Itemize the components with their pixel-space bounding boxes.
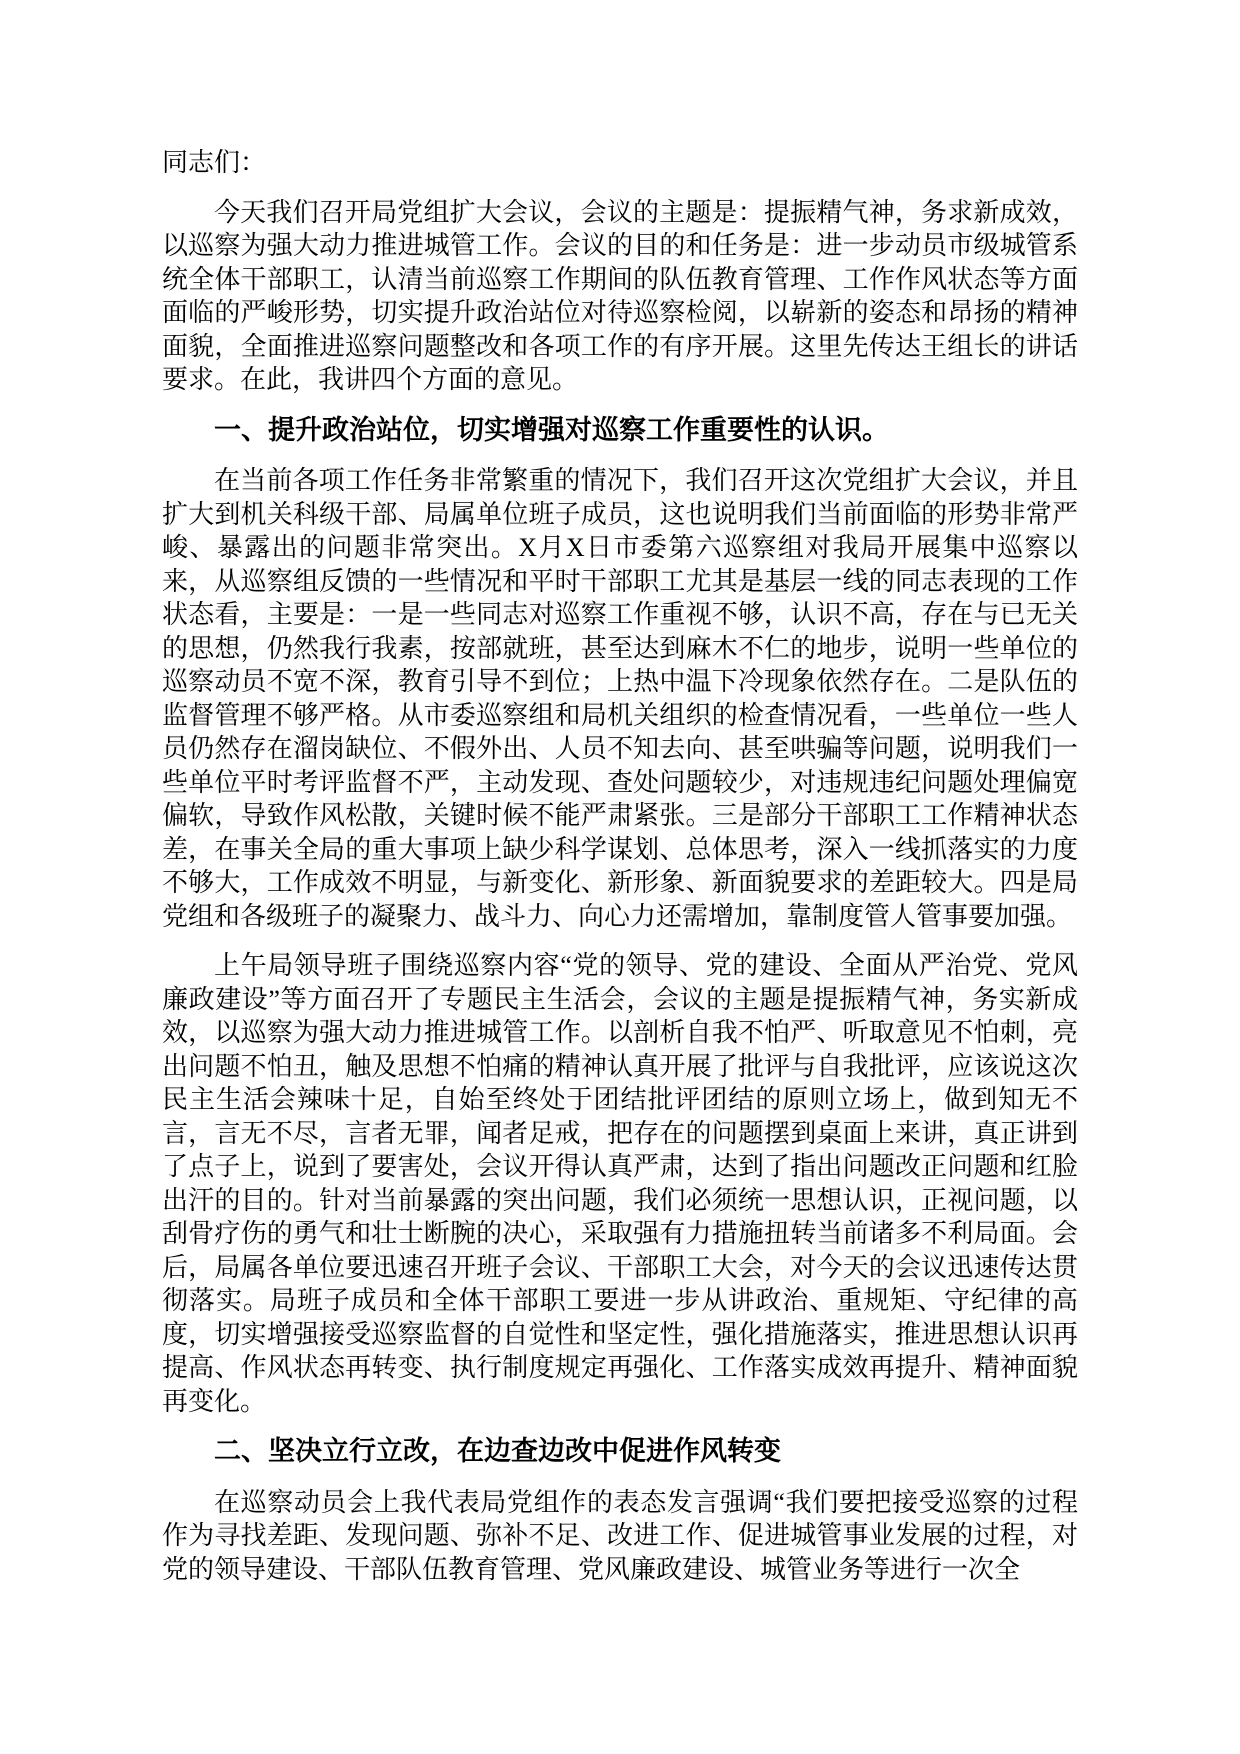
section-heading-2: 二、坚决立行立改，在边查边改中促进作风转变 — [162, 1435, 1078, 1469]
section2-paragraph-1: 在巡察动员会上我代表局党组作的表态发言强调“我们要把接受巡察的过程作为寻找差距、… — [162, 1486, 1078, 1587]
intro-paragraph: 今天我们召开局党组扩大会议，会议的主题是：提振精气神，务求新成效，以巡察为强大动… — [162, 196, 1078, 397]
salutation-line: 同志们： — [162, 146, 1078, 180]
section1-paragraph-1: 在当前各项工作任务非常繁重的情况下，我们召开这次党组扩大会议，并且扩大到机关科级… — [162, 464, 1078, 933]
document-page: 同志们： 今天我们召开局党组扩大会议，会议的主题是：提振精气神，务求新成效，以巡… — [0, 0, 1240, 1754]
section1-paragraph-2: 上午局领导班子围绕巡察内容“党的领导、党的建设、全面从严治党、党风廉政建设”等方… — [162, 949, 1078, 1418]
section-heading-1: 一、提升政治站位，切实增强对巡察工作重要性的认识。 — [162, 414, 1078, 448]
